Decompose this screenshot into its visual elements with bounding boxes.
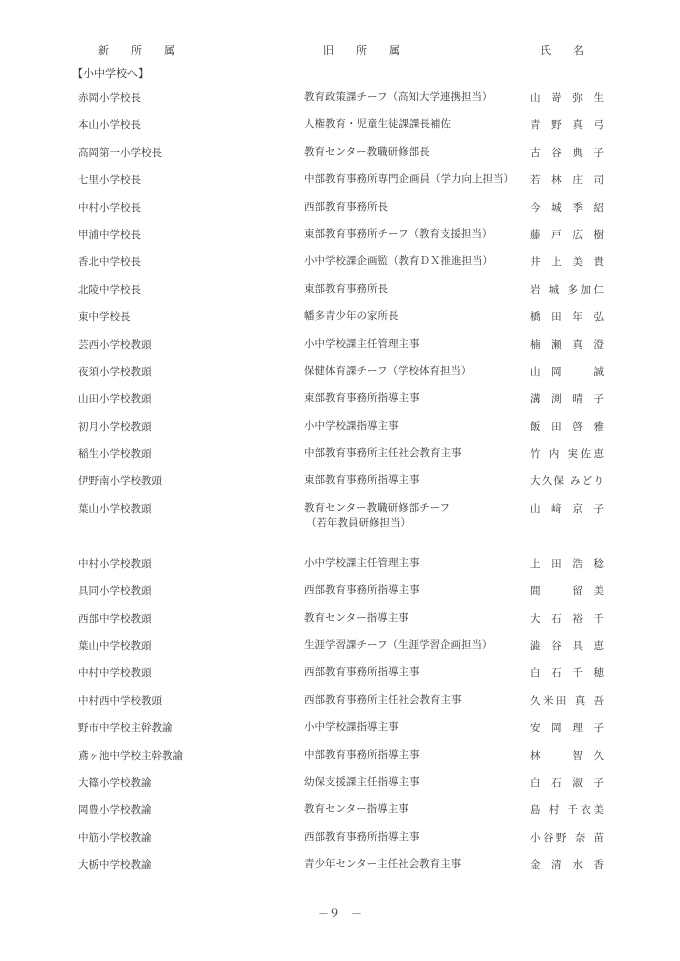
table-row: 具同小学校教頭西部教育事務所指導主事間 留 美	[0, 581, 680, 608]
new-affiliation-cell: 中村小学校長	[78, 200, 141, 215]
old-affiliation-cell: 小中学校課指導主事	[304, 419, 399, 434]
person-name-cell: 白 石 淑 子	[530, 775, 604, 790]
table-row: 中村西中学校教頭西部教育事務所主任社会教育主事久米田 真 吾	[0, 691, 680, 718]
new-affiliation-cell: 赤岡小学校長	[78, 90, 141, 105]
old-affiliation-cell: 人権教育・児童生徒課課長補佐	[304, 117, 451, 132]
old-affiliation-cell: 教育センター指導主事	[304, 802, 409, 817]
new-affiliation-cell: 香北中学校長	[78, 254, 141, 269]
old-affiliation-cell: 東部教育事務所指導主事	[304, 391, 420, 406]
table-row: 岡豊小学校教諭教育センター指導主事島 村 千衣美	[0, 800, 680, 827]
new-affiliation-cell: 葉山小学校教頭	[78, 501, 152, 516]
person-name-cell: 上 田 浩 稔	[530, 556, 604, 571]
person-name-cell: 大 石 裕 千	[530, 611, 604, 626]
old-affiliation-cell: 教育政策課チーフ（高知大学連携担当）	[304, 90, 492, 105]
table-row: 稲生小学校教頭中部教育事務所主任社会教育主事竹 内 実佐恵	[0, 444, 680, 471]
old-affiliation-cell: 中部教育事務所主任社会教育主事	[304, 446, 462, 461]
new-affiliation-cell: 大篠小学校教諭	[78, 775, 152, 790]
new-affiliation-cell: 具同小学校教頭	[78, 583, 152, 598]
table-row: 中筋小学校教諭西部教育事務所指導主事小谷野 奈 苗	[0, 828, 680, 855]
old-affiliation-line: 幼保支援課主任指導主事	[304, 775, 420, 790]
person-name-cell: 藤 戸 広 樹	[530, 227, 604, 242]
old-affiliation-line: 西部教育事務所主任社会教育主事	[304, 693, 462, 708]
person-name-cell: 飯 田 啓 雅	[530, 419, 604, 434]
old-affiliation-cell: 青少年センター主任社会教育主事	[304, 857, 461, 872]
old-affiliation-line: 東部教育事務所チーフ（教育支援担当）	[304, 227, 492, 242]
person-name-cell: 安 岡 理 子	[530, 720, 604, 735]
old-affiliation-line: 小中学校課主任管理主事	[304, 337, 420, 352]
old-affiliation-line: 小中学校課主任管理主事	[304, 556, 420, 571]
new-affiliation-cell: 山田小学校教頭	[78, 391, 152, 406]
person-name-cell: 竹 内 実佐恵	[530, 446, 604, 461]
old-affiliation-line: 東部教育事務所長	[304, 282, 388, 297]
new-affiliation-cell: 初月小学校教頭	[78, 419, 152, 434]
old-affiliation-line: 小中学校課指導主事	[304, 419, 399, 434]
new-affiliation-cell: 大栃中学校教諭	[78, 857, 152, 872]
old-affiliation-line: 人権教育・児童生徒課課長補佐	[304, 117, 451, 132]
table-row: 鳶ヶ池中学校主幹教諭中部教育事務所指導主事林 智 久	[0, 746, 680, 773]
table-row: 本山小学校長人権教育・児童生徒課課長補佐青 野 真 弓	[0, 115, 680, 142]
old-affiliation-cell: 中部教育事務所指導主事	[304, 748, 420, 763]
new-affiliation-cell: 西部中学校教頭	[78, 611, 152, 626]
page-number: －９ －	[0, 905, 680, 921]
header-old-affiliation: 旧 所 属	[323, 42, 400, 58]
header-new-affiliation: 新 所 属	[98, 42, 175, 58]
old-affiliation-cell: 東部教育事務所指導主事	[304, 473, 420, 488]
old-affiliation-line: 中部教育事務所専門企画員（学力向上担当）	[304, 172, 514, 187]
personnel-table: 赤岡小学校長教育政策課チーフ（高知大学連携担当）山 嵜 弥 生本山小学校長人権教…	[0, 88, 680, 883]
table-row: 甲浦中学校長東部教育事務所チーフ（教育支援担当）藤 戸 広 樹	[0, 225, 680, 252]
table-row: 香北中学校長小中学校課企画監（教育ＤＸ推進担当）井 上 美 貴	[0, 252, 680, 279]
table-row: 西部中学校教頭教育センター指導主事大 石 裕 千	[0, 609, 680, 636]
old-affiliation-cell: 教育センター教職研修部長	[304, 145, 430, 160]
new-affiliation-cell: 中筋小学校教諭	[78, 830, 152, 845]
old-affiliation-line: 生涯学習課チーフ（生涯学習企画担当）	[304, 638, 492, 653]
person-name-cell: 今 城 季 紹	[530, 200, 604, 215]
table-row: 中村小学校教頭小中学校課主任管理主事上 田 浩 稔	[0, 554, 680, 581]
new-affiliation-cell: 葉山中学校教頭	[78, 638, 152, 653]
old-affiliation-line: 教育センター教職研修部チーフ	[304, 501, 450, 516]
table-row: 山田小学校教頭東部教育事務所指導主事溝 渕 晴 子	[0, 389, 680, 416]
table-row: 大篠小学校教諭幼保支援課主任指導主事白 石 淑 子	[0, 773, 680, 800]
person-name-cell: 白 石 千 穂	[530, 665, 604, 680]
old-affiliation-line: 教育政策課チーフ（高知大学連携担当）	[304, 90, 492, 105]
table-row: 七里小学校長中部教育事務所専門企画員（学力向上担当）若 林 庄 司	[0, 170, 680, 197]
old-affiliation-line: 小中学校課企画監（教育ＤＸ推進担当）	[304, 254, 493, 269]
new-affiliation-cell: 甲浦中学校長	[78, 227, 141, 242]
old-affiliation-cell: 小中学校課企画監（教育ＤＸ推進担当）	[304, 254, 493, 269]
person-name-cell: 橋 田 年 弘	[530, 309, 604, 324]
new-affiliation-cell: 本山小学校長	[78, 117, 141, 132]
person-name-cell: 楠 瀬 真 澄	[530, 337, 604, 352]
table-row: 北陵中学校長東部教育事務所長岩 城 多加仁	[0, 280, 680, 307]
old-affiliation-cell: 小中学校課主任管理主事	[304, 556, 420, 571]
person-name-cell: 小谷野 奈 苗	[530, 830, 604, 845]
person-name-cell: 山 﨑 京 子	[530, 501, 604, 516]
old-affiliation-line-2: （若年教員研修担当）	[304, 516, 450, 531]
person-name-cell: 井 上 美 貴	[530, 254, 604, 269]
new-affiliation-cell: 鳶ヶ池中学校主幹教諭	[78, 748, 183, 763]
person-name-cell: 澁 谷 具 恵	[530, 638, 604, 653]
old-affiliation-cell: 保健体育課チーフ（学校体育担当）	[304, 364, 471, 379]
old-affiliation-cell: 西部教育事務所長	[304, 200, 388, 215]
person-name-cell: 溝 渕 晴 子	[530, 391, 604, 406]
old-affiliation-line: 保健体育課チーフ（学校体育担当）	[304, 364, 471, 379]
new-affiliation-cell: 岡豊小学校教諭	[78, 802, 152, 817]
header-name: 氏 名	[540, 42, 584, 58]
old-affiliation-line: 教育センター指導主事	[304, 611, 409, 626]
table-row: 葉山中学校教頭生涯学習課チーフ（生涯学習企画担当）澁 谷 具 恵	[0, 636, 680, 663]
new-affiliation-cell: 芸西小学校教頭	[78, 337, 152, 352]
old-affiliation-cell: 教育センター指導主事	[304, 611, 409, 626]
new-affiliation-cell: 北陵中学校長	[78, 282, 141, 297]
table-row: 東中学校長幡多青少年の家所長橋 田 年 弘	[0, 307, 680, 334]
table-row: 中村中学校教頭西部教育事務所指導主事白 石 千 穂	[0, 663, 680, 690]
old-affiliation-cell: 生涯学習課チーフ（生涯学習企画担当）	[304, 638, 492, 653]
person-name-cell: 間 留 美	[530, 583, 604, 598]
person-name-cell: 岩 城 多加仁	[530, 282, 604, 297]
old-affiliation-line: 中部教育事務所指導主事	[304, 748, 420, 763]
person-name-cell: 林 智 久	[530, 748, 604, 763]
old-affiliation-line: 幡多青少年の家所長	[304, 309, 399, 324]
person-name-cell: 島 村 千衣美	[530, 802, 604, 817]
old-affiliation-cell: 小中学校課主任管理主事	[304, 337, 420, 352]
old-affiliation-line: 中部教育事務所主任社会教育主事	[304, 446, 462, 461]
old-affiliation-cell: 中部教育事務所専門企画員（学力向上担当）	[304, 172, 514, 187]
old-affiliation-line: 小中学校課指導主事	[304, 720, 399, 735]
old-affiliation-cell: 西部教育事務所指導主事	[304, 583, 420, 598]
new-affiliation-cell: 夜須小学校教頭	[78, 364, 152, 379]
old-affiliation-line: 教育センター教職研修部長	[304, 145, 430, 160]
person-name-cell: 青 野 真 弓	[530, 117, 604, 132]
old-affiliation-cell: 東部教育事務所長	[304, 282, 388, 297]
person-name-cell: 古 谷 典 子	[530, 145, 604, 160]
table-row: 芸西小学校教頭小中学校課主任管理主事楠 瀬 真 澄	[0, 335, 680, 362]
old-affiliation-line: 教育センター指導主事	[304, 802, 409, 817]
old-affiliation-cell: 幼保支援課主任指導主事	[304, 775, 420, 790]
old-affiliation-cell: 西部教育事務所指導主事	[304, 830, 420, 845]
person-name-cell: 若 林 庄 司	[530, 172, 604, 187]
new-affiliation-cell: 中村小学校教頭	[78, 556, 152, 571]
old-affiliation-line: 青少年センター主任社会教育主事	[304, 857, 461, 872]
old-affiliation-cell: 小中学校課指導主事	[304, 720, 399, 735]
table-row: 野市中学校主幹教諭小中学校課指導主事安 岡 理 子	[0, 718, 680, 745]
old-affiliation-line: 西部教育事務所指導主事	[304, 830, 420, 845]
table-row: 伊野南小学校教頭東部教育事務所指導主事大久保 みどり	[0, 471, 680, 498]
old-affiliation-cell: 西部教育事務所主任社会教育主事	[304, 693, 462, 708]
document-page: 新 所 属 旧 所 属 氏 名 【小中学校へ】 赤岡小学校長教育政策課チーフ（高…	[0, 0, 680, 961]
new-affiliation-cell: 稲生小学校教頭	[78, 446, 152, 461]
new-affiliation-cell: 東中学校長	[78, 309, 131, 324]
old-affiliation-line: 東部教育事務所指導主事	[304, 473, 420, 488]
person-name-cell: 大久保 みどり	[530, 473, 604, 488]
old-affiliation-line: 西部教育事務所指導主事	[304, 665, 420, 680]
table-row: 中村小学校長西部教育事務所長今 城 季 紹	[0, 198, 680, 225]
person-name-cell: 山 岡 誠	[530, 364, 604, 379]
table-row: 夜須小学校教頭保健体育課チーフ（学校体育担当）山 岡 誠	[0, 362, 680, 389]
person-name-cell: 山 嵜 弥 生	[530, 90, 604, 105]
old-affiliation-line: 西部教育事務所長	[304, 200, 388, 215]
new-affiliation-cell: 中村中学校教頭	[78, 665, 152, 680]
old-affiliation-line: 西部教育事務所指導主事	[304, 583, 420, 598]
table-row: 赤岡小学校長教育政策課チーフ（高知大学連携担当）山 嵜 弥 生	[0, 88, 680, 115]
new-affiliation-cell: 野市中学校主幹教諭	[78, 720, 173, 735]
table-row: 大栃中学校教諭青少年センター主任社会教育主事金 清 水 香	[0, 855, 680, 882]
person-name-cell: 金 清 水 香	[530, 857, 604, 872]
old-affiliation-cell: 教育センター教職研修部チーフ（若年教員研修担当）	[304, 501, 450, 531]
new-affiliation-cell: 七里小学校長	[78, 172, 141, 187]
new-affiliation-cell: 伊野南小学校教頭	[78, 473, 162, 488]
table-row: 葉山小学校教頭教育センター教職研修部チーフ（若年教員研修担当）山 﨑 京 子	[0, 499, 680, 554]
old-affiliation-cell: 幡多青少年の家所長	[304, 309, 399, 324]
person-name-cell: 久米田 真 吾	[530, 693, 604, 708]
new-affiliation-cell: 中村西中学校教頭	[78, 693, 162, 708]
old-affiliation-cell: 西部教育事務所指導主事	[304, 665, 420, 680]
section-title: 【小中学校へ】	[72, 65, 149, 81]
table-row: 高岡第一小学校長教育センター教職研修部長古 谷 典 子	[0, 143, 680, 170]
old-affiliation-cell: 東部教育事務所チーフ（教育支援担当）	[304, 227, 492, 242]
new-affiliation-cell: 高岡第一小学校長	[78, 145, 162, 160]
table-row: 初月小学校教頭小中学校課指導主事飯 田 啓 雅	[0, 417, 680, 444]
old-affiliation-line: 東部教育事務所指導主事	[304, 391, 420, 406]
